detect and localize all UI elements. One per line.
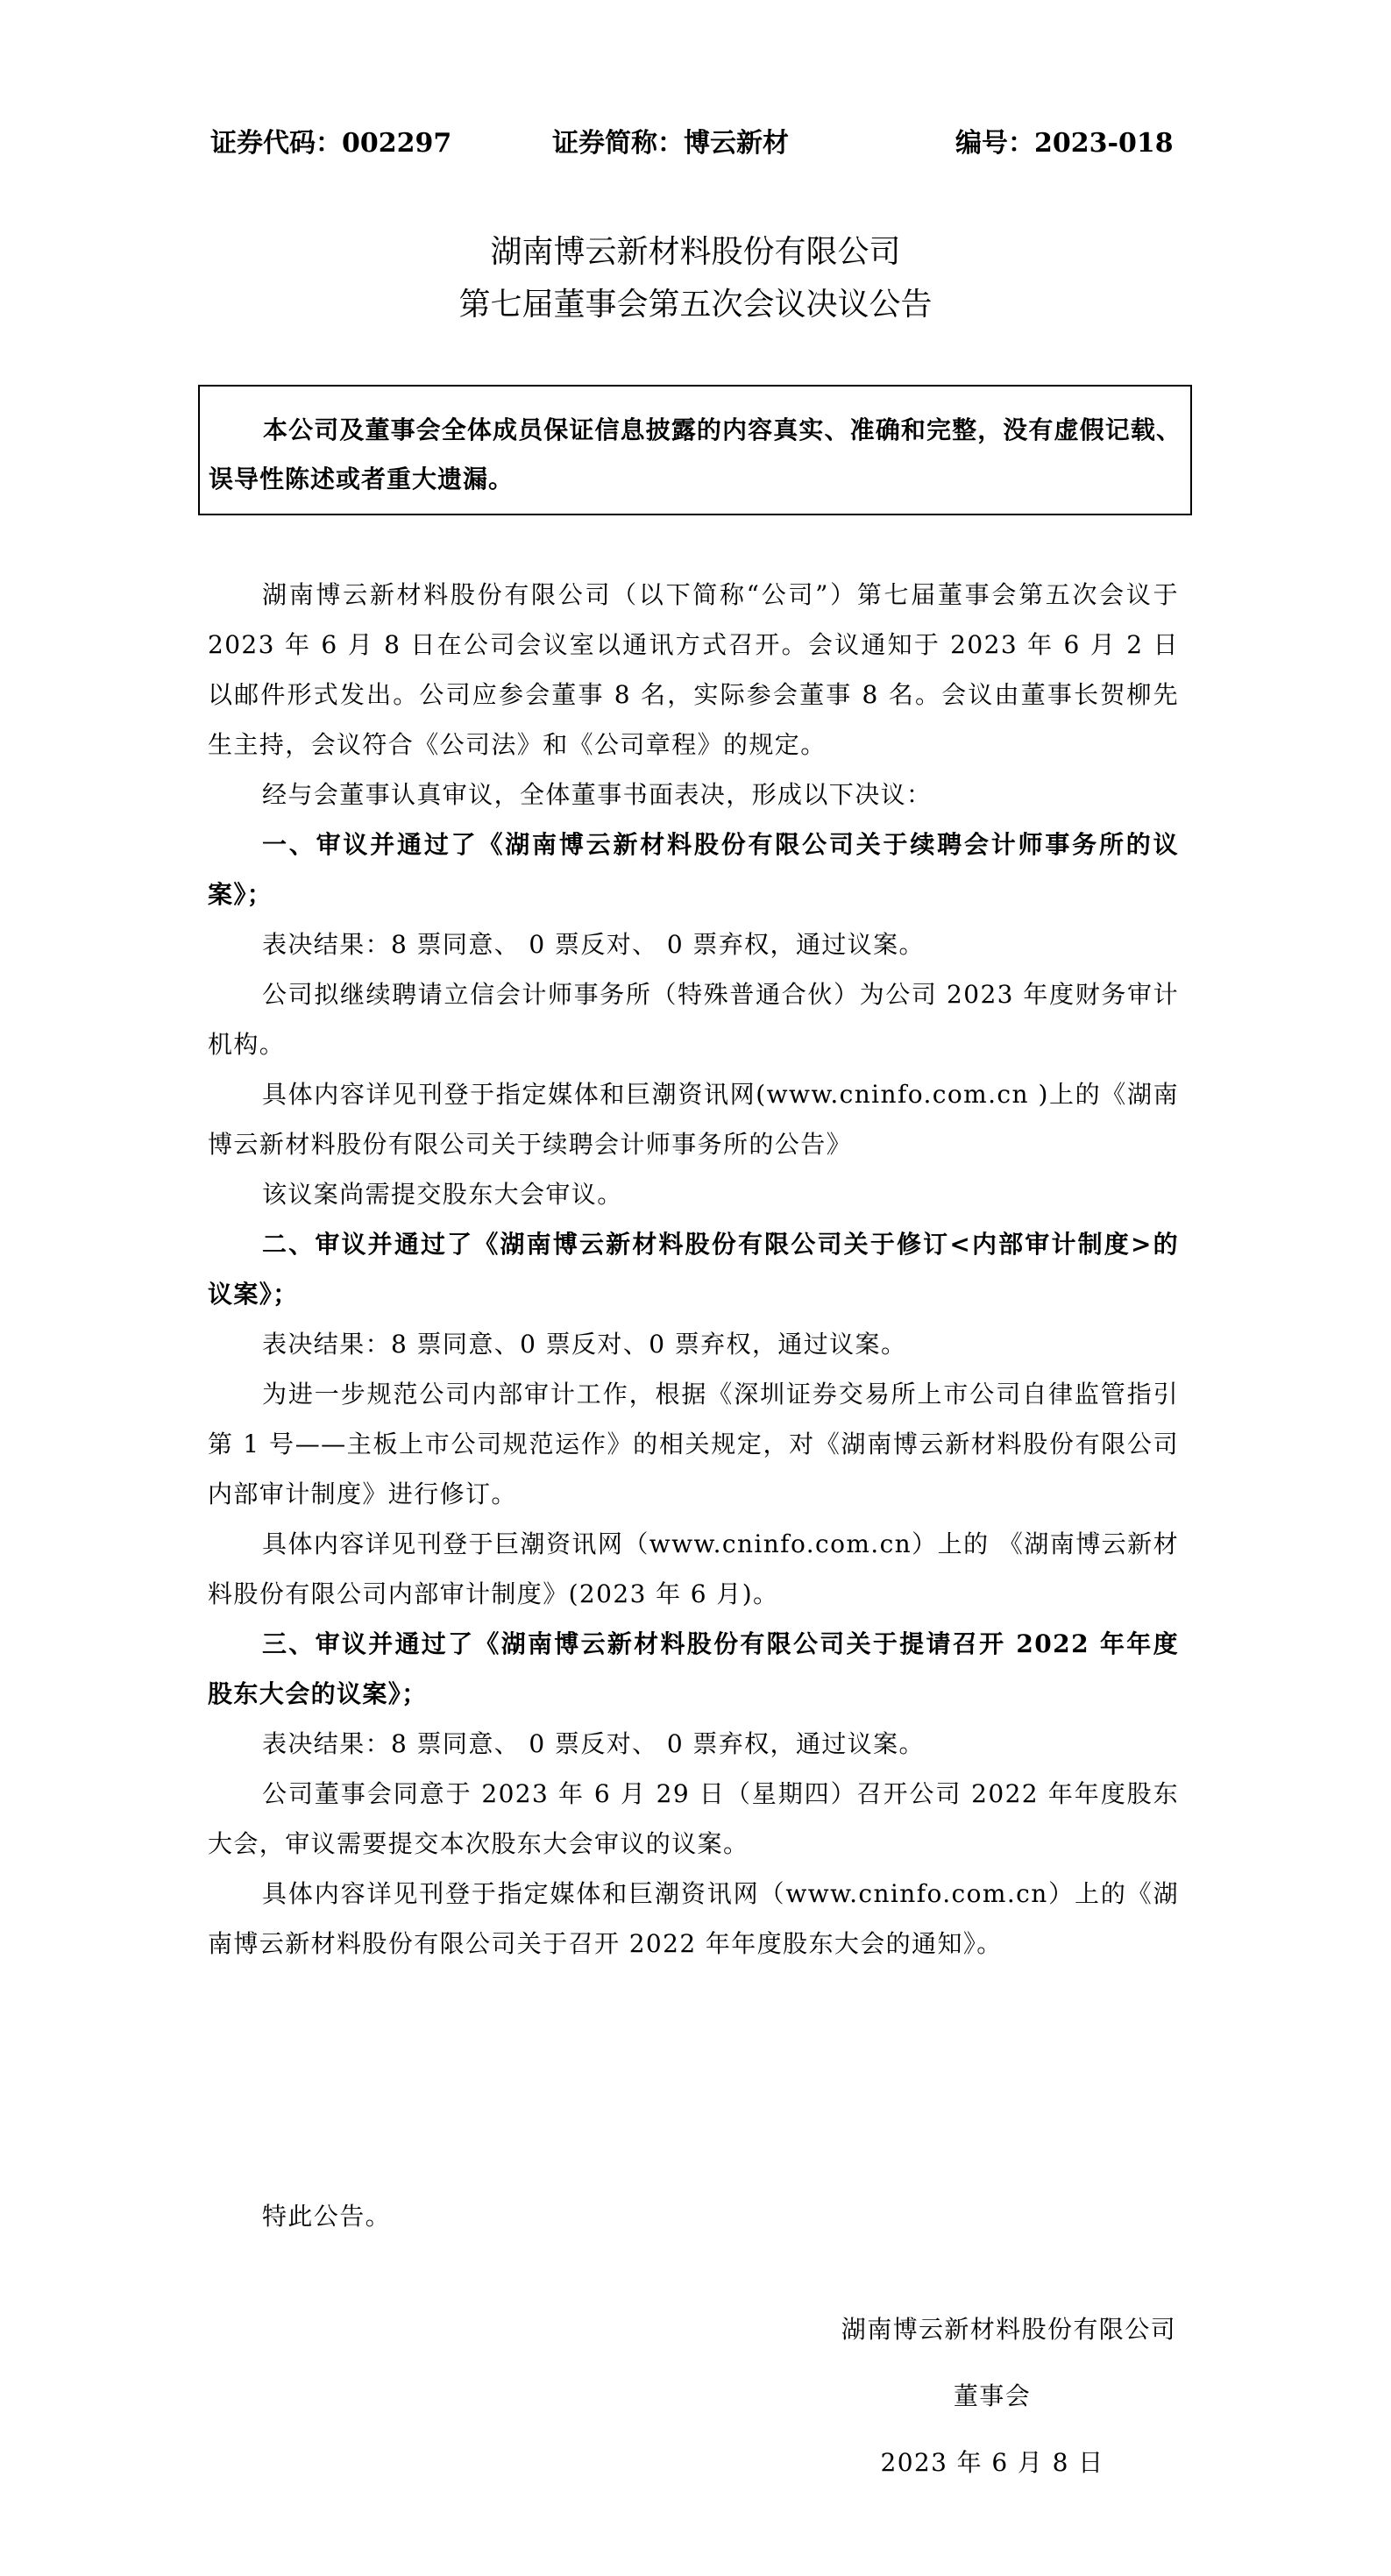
resolution-1-detail: 公司拟继续聘请立信会计师事务所（特殊普通合伙）为公司 2023 年度财务审计机构… (208, 969, 1179, 1069)
resolution-1-reference: 具体内容详见刊登于指定媒体和巨潮资讯网(www.cninfo.com.cn )上… (208, 1069, 1179, 1169)
signature-company: 湖南博云新材料股份有限公司 (808, 2296, 1176, 2363)
disclosure-notice-box: 本公司及董事会全体成员保证信息披露的内容真实、准确和完整，没有虚假记载、误导性陈… (198, 385, 1192, 515)
title-subject: 第七届董事会第五次会议决议公告 (0, 279, 1391, 331)
document-header: 证券代码：002297 证券简称：博云新材 编号：2023-018 (210, 124, 1183, 163)
resolution-3-heading: 三、审议并通过了《湖南博云新材料股份有限公司关于提请召开 2022 年年度股东大… (208, 1619, 1179, 1719)
resolution-3-detail: 公司董事会同意于 2023 年 6 月 29 日（星期四）召开公司 2022 年… (208, 1769, 1179, 1869)
signature-block: 湖南博云新材料股份有限公司 董事会 2023 年 6 月 8 日 (808, 2296, 1176, 2496)
resolution-3-vote-result: 表决结果：8 票同意、 0 票反对、 0 票弃权，通过议案。 (208, 1719, 1179, 1769)
signature-board: 董事会 (808, 2363, 1176, 2430)
resolution-2-detail: 为进一步规范公司内部审计工作，根据《深圳证券交易所上市公司自律监管指引第 1 号… (208, 1369, 1179, 1519)
resolution-2-heading: 二、审议并通过了《湖南博云新材料股份有限公司关于修订<内部审计制度>的议案》； (208, 1219, 1179, 1319)
paragraph-meeting-info: 湖南博云新材料股份有限公司（以下简称“公司”）第七届董事会第五次会议于 2023… (208, 570, 1179, 770)
signature-date: 2023 年 6 月 8 日 (808, 2430, 1176, 2496)
stock-abbreviation: 证券简称：博云新材 (552, 124, 789, 163)
document-body: 湖南博云新材料股份有限公司（以下简称“公司”）第七届董事会第五次会议于 2023… (208, 570, 1179, 1969)
paragraph-resolution-intro: 经与会董事认真审议，全体董事书面表决，形成以下决议： (208, 770, 1179, 820)
resolution-3-reference: 具体内容详见刊登于指定媒体和巨潮资讯网（www.cninfo.com.cn）上的… (208, 1869, 1179, 1969)
resolution-1-note: 该议案尚需提交股东大会审议。 (208, 1169, 1179, 1219)
resolution-1-vote-result: 表决结果：8 票同意、 0 票反对、 0 票弃权，通过议案。 (208, 919, 1179, 969)
closing-statement: 特此公告。 (262, 2191, 391, 2241)
resolution-1-heading: 一、审议并通过了《湖南博云新材料股份有限公司关于续聘会计师事务所的议案》； (208, 820, 1179, 919)
title-company: 湖南博云新材料股份有限公司 (0, 226, 1391, 279)
document-title: 湖南博云新材料股份有限公司 第七届董事会第五次会议决议公告 (0, 226, 1391, 331)
disclosure-notice-text: 本公司及董事会全体成员保证信息披露的内容真实、准确和完整，没有虚假记载、误导性陈… (209, 406, 1182, 504)
document-number: 编号：2023-018 (955, 124, 1174, 163)
resolution-2-reference: 具体内容详见刊登于巨潮资讯网（www.cninfo.com.cn）上的 《湖南博… (208, 1519, 1179, 1619)
stock-code: 证券代码：002297 (210, 124, 451, 163)
document-page: 证券代码：002297 证券简称：博云新材 编号：2023-018 湖南博云新材… (0, 0, 1391, 2576)
resolution-2-vote-result: 表决结果：8 票同意、0 票反对、0 票弃权，通过议案。 (208, 1319, 1179, 1369)
